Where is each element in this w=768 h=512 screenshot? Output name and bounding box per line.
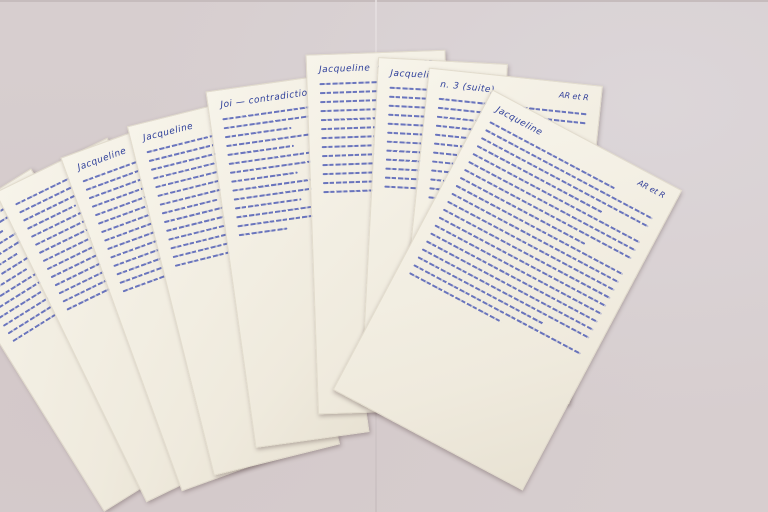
manuscript-fan: Jacqueline Jacqueline Joi — contradictio… (0, 0, 768, 512)
